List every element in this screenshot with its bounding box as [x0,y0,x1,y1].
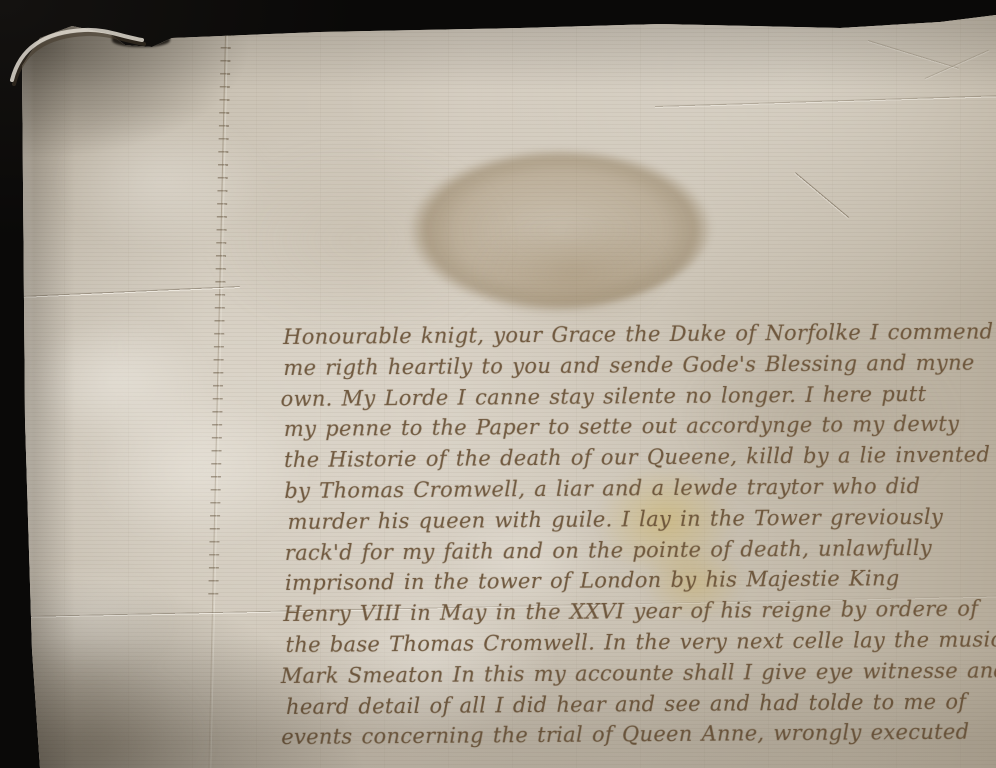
handwritten-letter-text: Honourable knigt, your Grace the Duke of… [283,316,996,753]
letter-line: me rigth heartily to you and sende Gode'… [283,347,996,383]
photograph-of-manuscript: Honourable knigt, your Grace the Duke of… [0,0,996,768]
letter-line: events concerning the trial of Queen Ann… [281,717,996,753]
manuscript-paper: Honourable knigt, your Grace the Duke of… [0,0,996,768]
water-stain-core [468,214,678,329]
letter-line: Mark Smeaton In this my accounte shall I… [281,655,996,691]
letter-line: murder his queen with guile. I lay in th… [287,501,996,537]
top-edge-chip [112,32,170,47]
